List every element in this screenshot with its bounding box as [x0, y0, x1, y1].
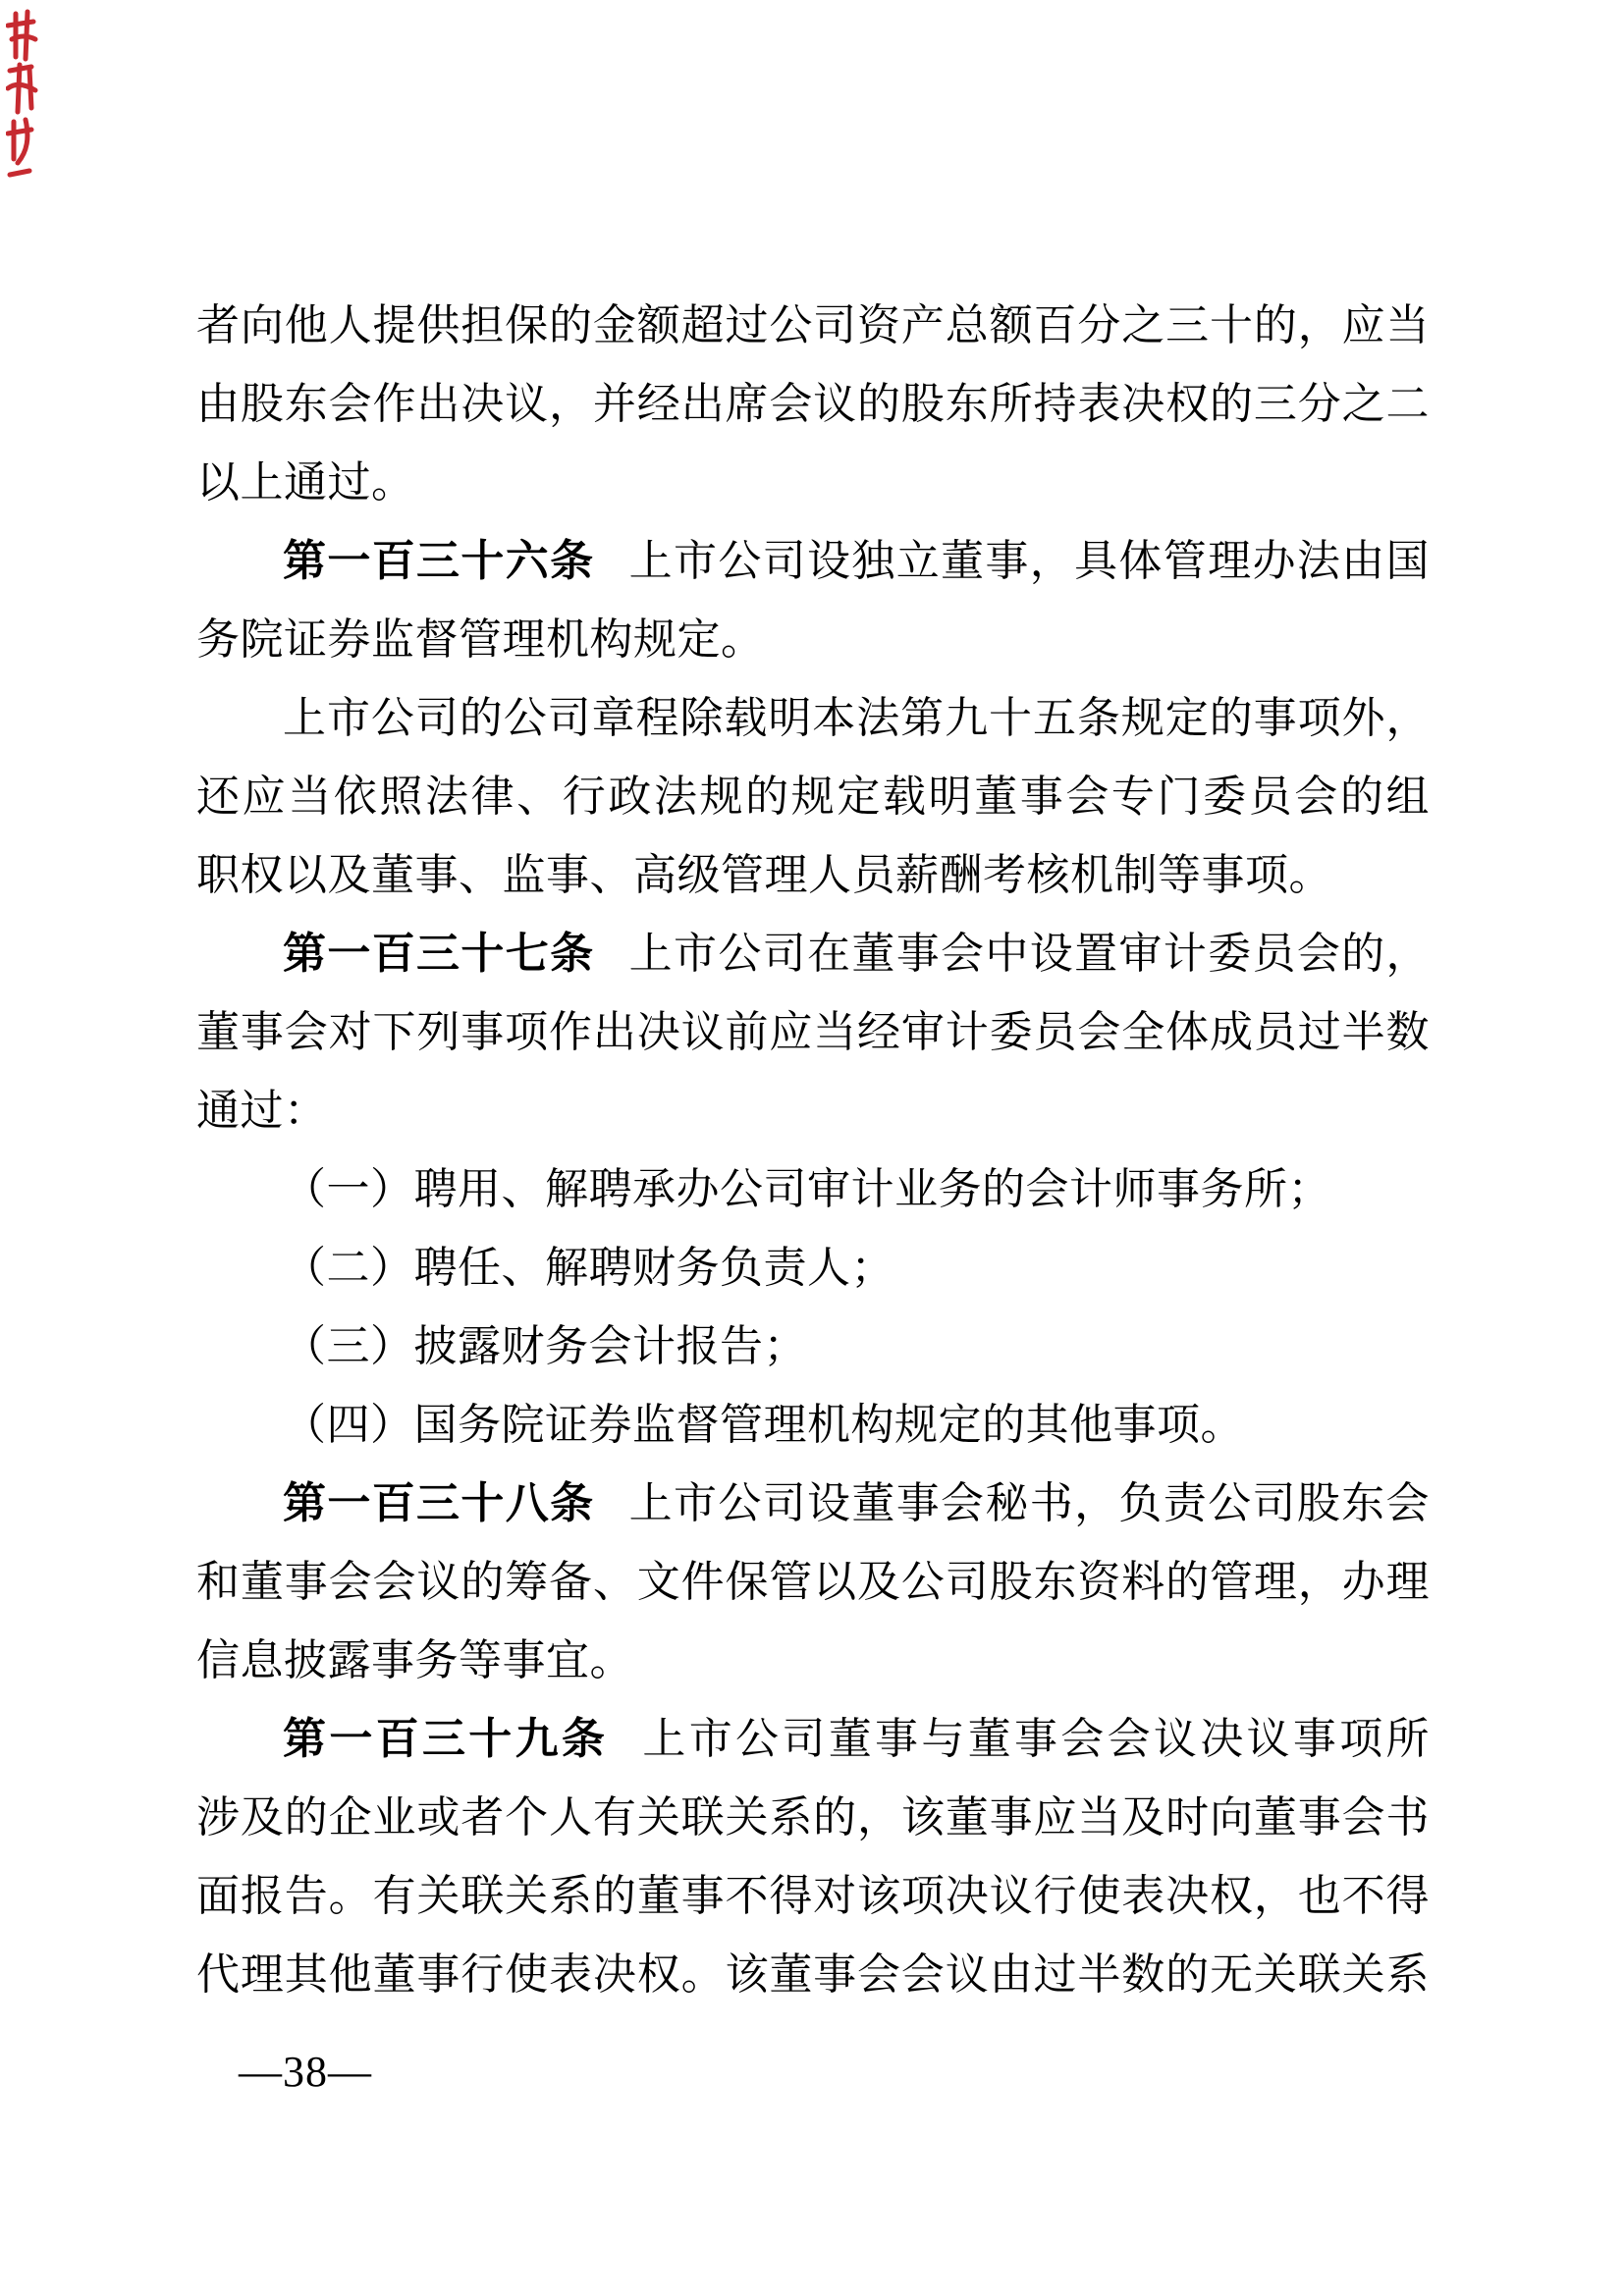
article-number: 第一百三十八条: [283, 1479, 594, 1527]
text-line: 涉及的企业或者个人有关联关系的，该董事应当及时向董事会书: [196, 1779, 1430, 1857]
text-line: 面报告。有关联关系的董事不得对该项决议行使表决权，也不得: [196, 1857, 1430, 1936]
text-line: 务院证券监督管理机构规定。: [196, 601, 1430, 679]
document-body: 者向他人提供担保的金额超过公司资产总额百分之三十的，应当由股东会作出决议，并经出…: [196, 287, 1430, 2014]
text-line: 上市公司的公司章程除载明本法第九十五条规定的事项外，: [196, 679, 1430, 758]
text-line: 通过：: [196, 1072, 1430, 1150]
text-line: 信息披露事务等事宜。: [196, 1622, 1430, 1700]
text-line: 代理其他董事行使表决权。该董事会会议由过半数的无关联关系: [196, 1936, 1430, 2014]
text-line: 和董事会会议的筹备、文件保管以及公司股东资料的管理，办理: [196, 1543, 1430, 1622]
text-line: （四）国务院证券监督管理机构规定的其他事项。: [196, 1386, 1430, 1465]
text-line: （二）聘任、解聘财务负责人；: [196, 1229, 1430, 1308]
article-heading-line: 第一百三十六条上市公司设独立董事，具体管理办法由国: [196, 522, 1430, 601]
text-line: 由股东会作出决议，并经出席会议的股东所持表决权的三分之二: [196, 365, 1430, 444]
article-number: 第一百三十九条: [283, 1715, 608, 1763]
text-line: （三）披露财务会计报告；: [196, 1308, 1430, 1386]
text-line: 者向他人提供担保的金额超过公司资产总额百分之三十的，应当: [196, 287, 1430, 365]
article-heading-line: 第一百三十八条上市公司设董事会秘书，负责公司股东会: [196, 1465, 1430, 1543]
text-line: 还应当依照法律、行政法规的规定载明董事会专门委员会的组成、: [196, 758, 1430, 836]
article-number: 第一百三十七条: [283, 930, 594, 978]
text-line: （一）聘用、解聘承办公司审计业务的会计师事务所；: [196, 1150, 1430, 1229]
article-heading-line: 第一百三十七条上市公司在董事会中设置审计委员会的，: [196, 915, 1430, 993]
text-line: 职权以及董事、监事、高级管理人员薪酬考核机制等事项。: [196, 836, 1430, 915]
text-line: 以上通过。: [196, 444, 1430, 522]
article-heading-line: 第一百三十九条上市公司董事与董事会会议决议事项所: [196, 1700, 1430, 1779]
article-number: 第一百三十六条: [283, 537, 594, 585]
red-ink-artifact: [6, 6, 69, 192]
page-number: —38—: [239, 2040, 372, 2105]
document-page: 者向他人提供担保的金额超过公司资产总额百分之三十的，应当由股东会作出决议，并经出…: [0, 0, 1624, 2296]
text-line: 董事会对下列事项作出决议前应当经审计委员会全体成员过半数: [196, 993, 1430, 1072]
